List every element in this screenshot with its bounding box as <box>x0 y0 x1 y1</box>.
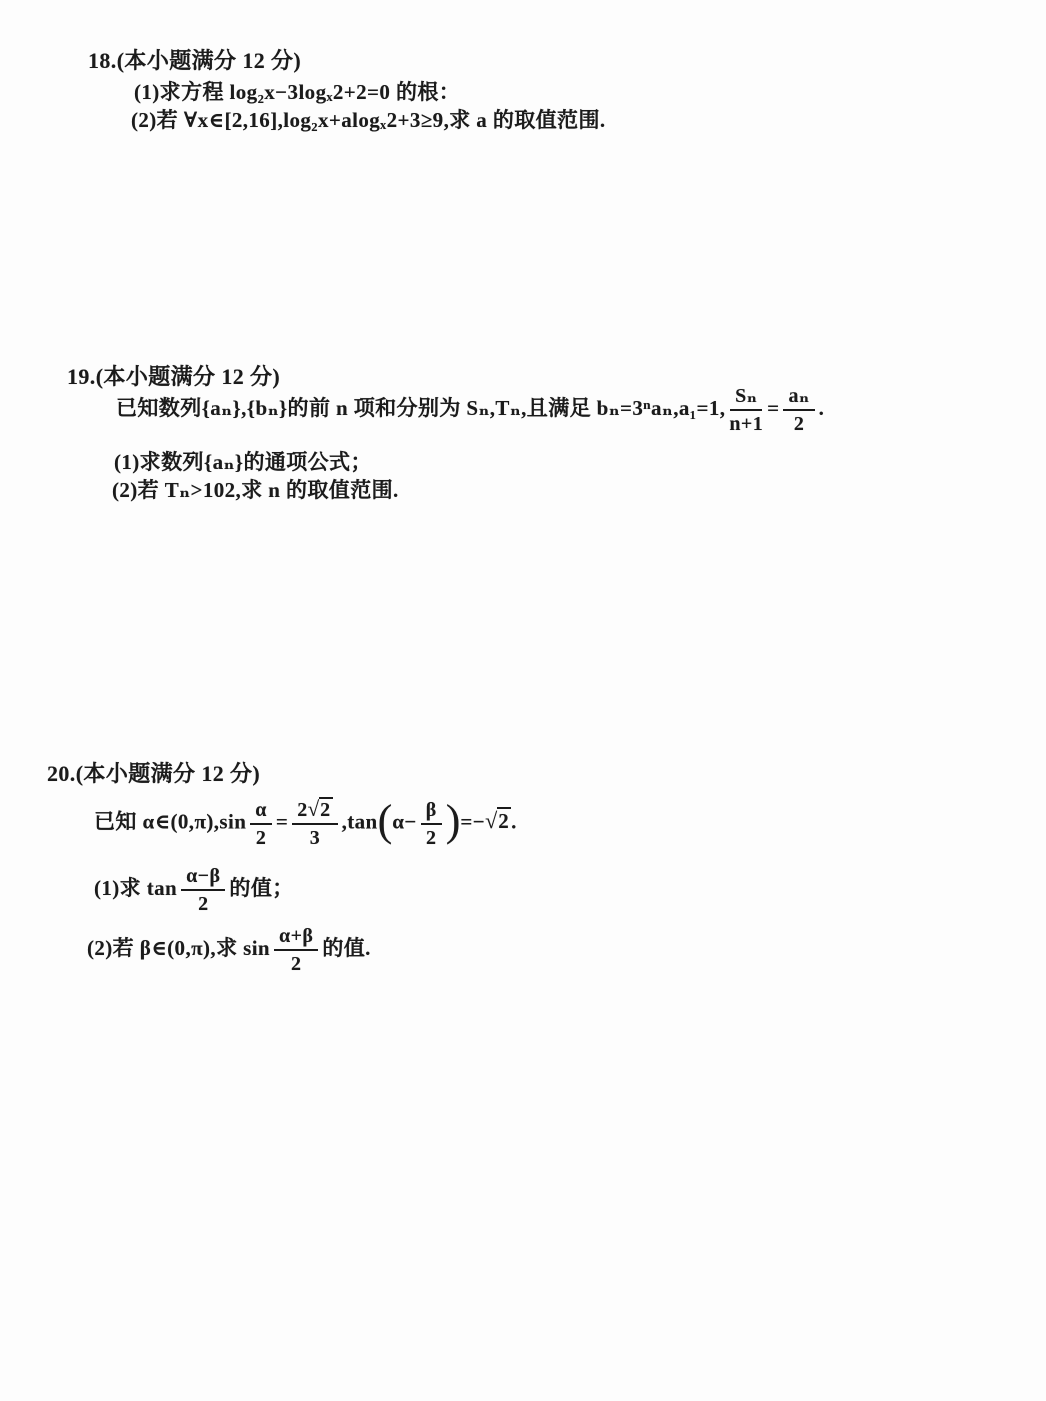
equals-minus: =− <box>460 809 485 833</box>
given-text: 的前 <box>288 396 336 420</box>
numerator: α−β <box>181 864 225 891</box>
part-text: (2)若 <box>131 108 184 132</box>
exam-page: 18.(本小题满分 12 分) (1)求方程 log₂x−3logₓ2+2=0 … <box>0 0 1046 1401</box>
given-text: 项和分别为 <box>348 396 466 420</box>
numerator: β <box>421 798 442 825</box>
part-text: 的取值范围. <box>280 478 398 502</box>
problem-18-part-2: (2)若 ∀x∈[2,16],log₂x+alogₓ2+3≥9,求 a 的取值范… <box>131 107 606 133</box>
period: . <box>819 396 825 420</box>
part-text: 的值. <box>322 936 370 960</box>
denominator: 2 <box>794 411 804 436</box>
coefficient: 2 <box>297 798 307 822</box>
numerator: aₙ <box>783 384 814 411</box>
part-text: 求 <box>241 478 268 502</box>
sequence-an: {aₙ} <box>204 450 244 474</box>
comma-tan: ,tan <box>342 809 378 833</box>
problem-20-header-text: 20.(本小题满分 12 分) <box>47 761 260 786</box>
fraction: β2 <box>421 798 442 850</box>
part-text: 的取值范围. <box>487 108 605 132</box>
fraction: aₙ2 <box>783 384 814 436</box>
condition: Tₙ>102, <box>165 478 241 502</box>
sqrt-sign: √ <box>308 797 320 821</box>
denominator: 2 <box>426 825 436 850</box>
denominator: 2 <box>198 891 208 916</box>
fraction: α−β2 <box>181 864 225 916</box>
part-text: 求 <box>216 936 243 960</box>
variable-n: n <box>336 396 348 420</box>
given-text: 且满足 <box>527 396 597 420</box>
radicand: 2 <box>497 807 511 833</box>
relation: bₙ=3ⁿaₙ,a₁=1, <box>597 396 726 420</box>
sin-label: sin <box>243 936 270 960</box>
part-text: (2)若 <box>112 478 165 502</box>
part-text: 的通项公式； <box>243 450 371 474</box>
part-text: 求 <box>449 108 476 132</box>
problem-19-part-2: (2)若 Tₙ>102,求 n 的取值范围. <box>112 477 399 503</box>
denominator: 2 <box>291 951 301 976</box>
left-paren: ( <box>378 796 393 845</box>
numerator: Sₙ <box>730 384 762 411</box>
sequences: {aₙ},{bₙ} <box>202 396 288 420</box>
equals-sign: = <box>767 396 779 420</box>
problem-18-header-text: 18.(本小题满分 12 分) <box>88 48 301 73</box>
tan-label: tan <box>147 876 177 900</box>
period: . <box>511 809 517 833</box>
problem-20-part-2: (2)若 β∈(0,π),求 sinα+β2的值. <box>87 924 371 976</box>
square-root: √2 <box>308 797 333 822</box>
problem-18-part-1: (1)求方程 log₂x−3logₓ2+2=0 的根： <box>134 79 460 105</box>
right-paren: ) <box>446 796 461 845</box>
numerator: α <box>250 798 272 825</box>
numerator: 2√2 <box>292 797 337 825</box>
variable-a: a <box>476 108 487 132</box>
denominator: 2 <box>256 825 266 850</box>
inequality: ∀x∈[2,16],log₂x+alogₓ2+3≥9, <box>184 108 449 132</box>
problem-19-part-1: (1)求数列{aₙ}的通项公式； <box>114 449 372 475</box>
numerator: α+β <box>274 924 318 951</box>
fraction: α+β2 <box>274 924 318 976</box>
problem-20-part-1: (1)求 tanα−β2的值； <box>94 864 294 916</box>
equation: log₂x−3logₓ2+2=0 <box>230 80 391 104</box>
part-text: 的值； <box>229 876 293 900</box>
part-text: (2)若 <box>87 936 140 960</box>
given-text: 已知 <box>94 809 142 833</box>
part-text: (1)求数列 <box>114 450 204 474</box>
radicand: 2 <box>319 797 332 821</box>
sqrt-sign: √ <box>485 808 497 833</box>
denominator: 3 <box>310 825 320 850</box>
part-text: 的根： <box>390 80 460 104</box>
problem-20-header: 20.(本小题满分 12 分) <box>47 760 260 788</box>
variable-n: n <box>268 478 280 502</box>
given-text: 已知数列 <box>116 396 202 420</box>
fraction: α2 <box>250 798 272 850</box>
part-text: (1)求方程 <box>134 80 230 104</box>
equals-sign: = <box>276 809 288 833</box>
problem-19-given: 已知数列{aₙ},{bₙ}的前 n 项和分别为 Sₙ,Tₙ,且满足 bₙ=3ⁿa… <box>116 384 824 436</box>
problem-18-header: 18.(本小题满分 12 分) <box>88 47 301 75</box>
part-text: (1)求 <box>94 876 147 900</box>
problem-20-given: 已知 α∈(0,π),sinα2=2√23,tan(α−β2)=−√2. <box>94 797 517 850</box>
sums: Sₙ,Tₙ, <box>466 396 526 420</box>
alpha-domain: α∈(0,π),sin <box>142 809 246 833</box>
denominator: n+1 <box>729 411 763 436</box>
alpha-minus: α− <box>392 809 417 833</box>
beta-domain: β∈(0,π), <box>140 936 216 960</box>
fraction: Sₙn+1 <box>729 384 763 436</box>
fraction: 2√23 <box>292 797 337 850</box>
square-root: √2 <box>485 809 511 833</box>
